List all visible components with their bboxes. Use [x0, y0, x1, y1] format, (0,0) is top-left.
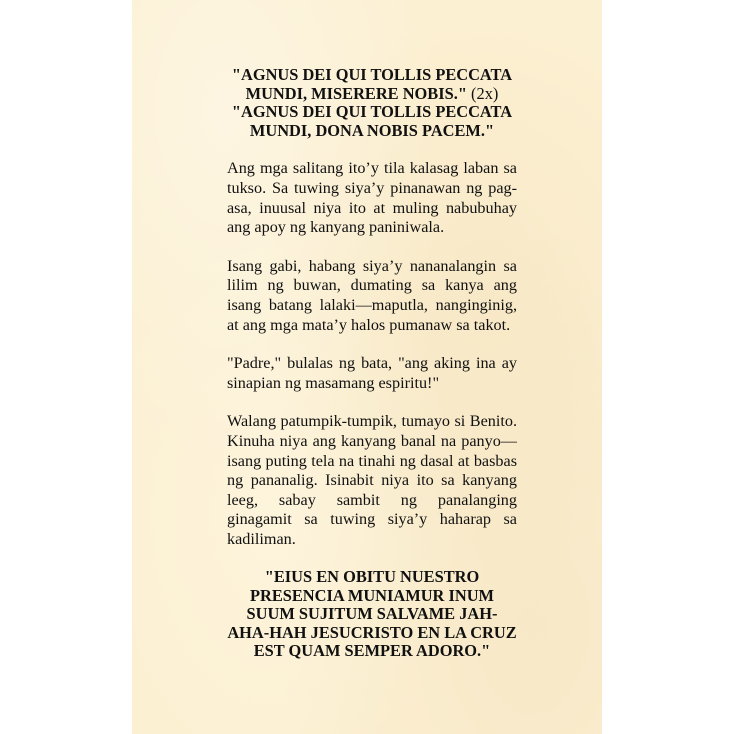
spacer [227, 393, 517, 412]
spacer [227, 549, 517, 568]
paragraph-2: Isang gabi, habang siya’y nananalangin s… [227, 257, 517, 335]
spacer [227, 335, 517, 354]
paragraph-4: Walang patumpik-tumpik, tumayo si Benito… [227, 412, 517, 549]
spacer [227, 238, 517, 257]
page-content: "AGNUS DEI QUI TOLLIS PECCATA MUNDI, MIS… [227, 66, 517, 661]
opening-chant: "AGNUS DEI QUI TOLLIS PECCATA MUNDI, MIS… [227, 66, 517, 140]
paragraph-1: Ang mga salitang ito’y tila kalasag laba… [227, 159, 517, 237]
spacer [227, 140, 517, 159]
opening-chant-line-2: "AGNUS DEI QUI TOLLIS PECCATA MUNDI, DON… [232, 102, 512, 140]
repeat-note: (2x) [471, 84, 498, 103]
closing-chant: "EIUS EN OBITU NUESTRO PRESENCIA MUNIAMU… [227, 568, 517, 660]
document-page: "AGNUS DEI QUI TOLLIS PECCATA MUNDI, MIS… [132, 0, 602, 734]
paragraph-3: "Padre," bulalas ng bata, "ang aking ina… [227, 354, 517, 393]
